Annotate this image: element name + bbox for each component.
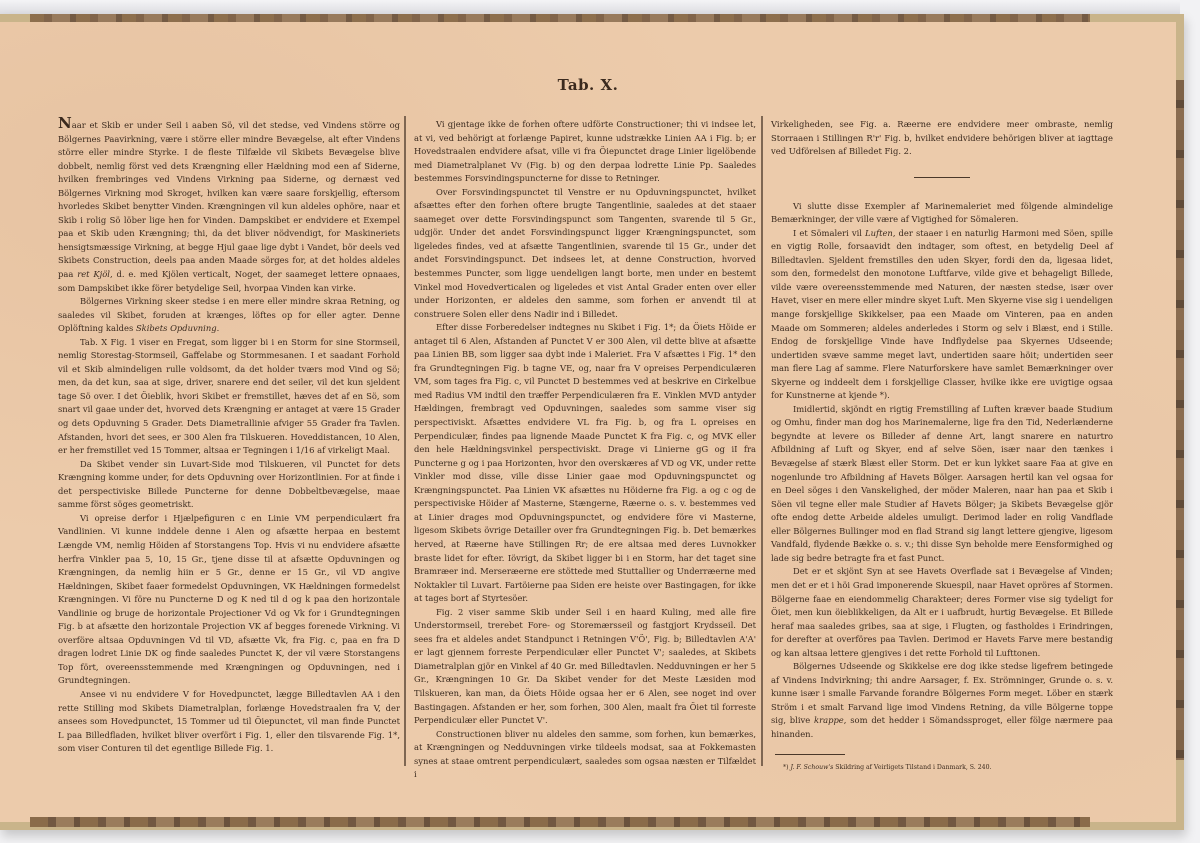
paragraph: Vi slutte disse Exempler af Marinemaleri…	[771, 200, 1113, 227]
page-title: Tab. X.	[0, 76, 1176, 94]
paragraph: Ansee vi nu endvidere V for Hovedpunctet…	[58, 688, 400, 756]
column-divider	[761, 116, 763, 766]
document-page: Tab. X. Naar et Skib er under Seil i aab…	[0, 22, 1176, 822]
text-column-3: Virkeligheden, see Fig. a. Ræerne ere en…	[771, 118, 1113, 772]
footnote: *) J. F. Schouw's Skildring af Veirliget…	[771, 763, 1113, 772]
paragraph: Vi opreise derfor i Hjælpefiguren c en L…	[58, 512, 400, 688]
paragraph: Naar et Skib er under Seil i aaben Sö, v…	[58, 118, 400, 295]
paragraph: Imidlertid, skjöndt en rigtig Fremstilli…	[771, 403, 1113, 566]
text-column-2: Vi gjentage ikke de forhen oftere udfört…	[414, 118, 756, 782]
paragraph: Bölgernes Udseende og Skikkelse ere dog …	[771, 660, 1113, 741]
paragraph: I et Sömaleri vil Luften, der staaer i e…	[771, 227, 1113, 403]
paragraph: Over Forsvindingspunctet til Venstre er …	[414, 186, 756, 321]
paragraph: Bölgernes Virkning skeer stedse i en mer…	[58, 295, 400, 336]
italic-term: krappe	[814, 715, 844, 725]
footnote-rule	[775, 754, 845, 755]
italic-term: ret Kjöl	[77, 269, 110, 279]
column-divider	[404, 116, 406, 766]
paragraph: Da Skibet vender sin Luvart-Side mod Til…	[58, 458, 400, 512]
paragraph: Det er et skjönt Syn at see Havets Overf…	[771, 565, 1113, 660]
paragraph: Virkeligheden, see Fig. a. Ræerne ere en…	[771, 118, 1113, 159]
paragraph: Efter disse Forberedelser indtegnes nu S…	[414, 321, 756, 605]
footnote-author: J. F. Schouw's	[790, 764, 833, 771]
italic-term: Skibets Opduvning	[136, 323, 217, 333]
text-column-1: Naar et Skib er under Seil i aaben Sö, v…	[58, 118, 400, 756]
paragraph: Vi gjentage ikke de forhen oftere udfört…	[414, 118, 756, 186]
paragraph: Tab. X Fig. 1 viser en Fregat, som ligge…	[58, 336, 400, 458]
binding-edge-bottom	[30, 817, 1090, 827]
paragraph: Constructionen bliver nu aldeles den sam…	[414, 728, 756, 782]
paragraph: Fig. 2 viser samme Skib under Seil i en …	[414, 606, 756, 728]
drop-cap: N	[58, 114, 72, 132]
italic-term: Luften	[865, 228, 893, 238]
section-rule	[914, 177, 970, 178]
